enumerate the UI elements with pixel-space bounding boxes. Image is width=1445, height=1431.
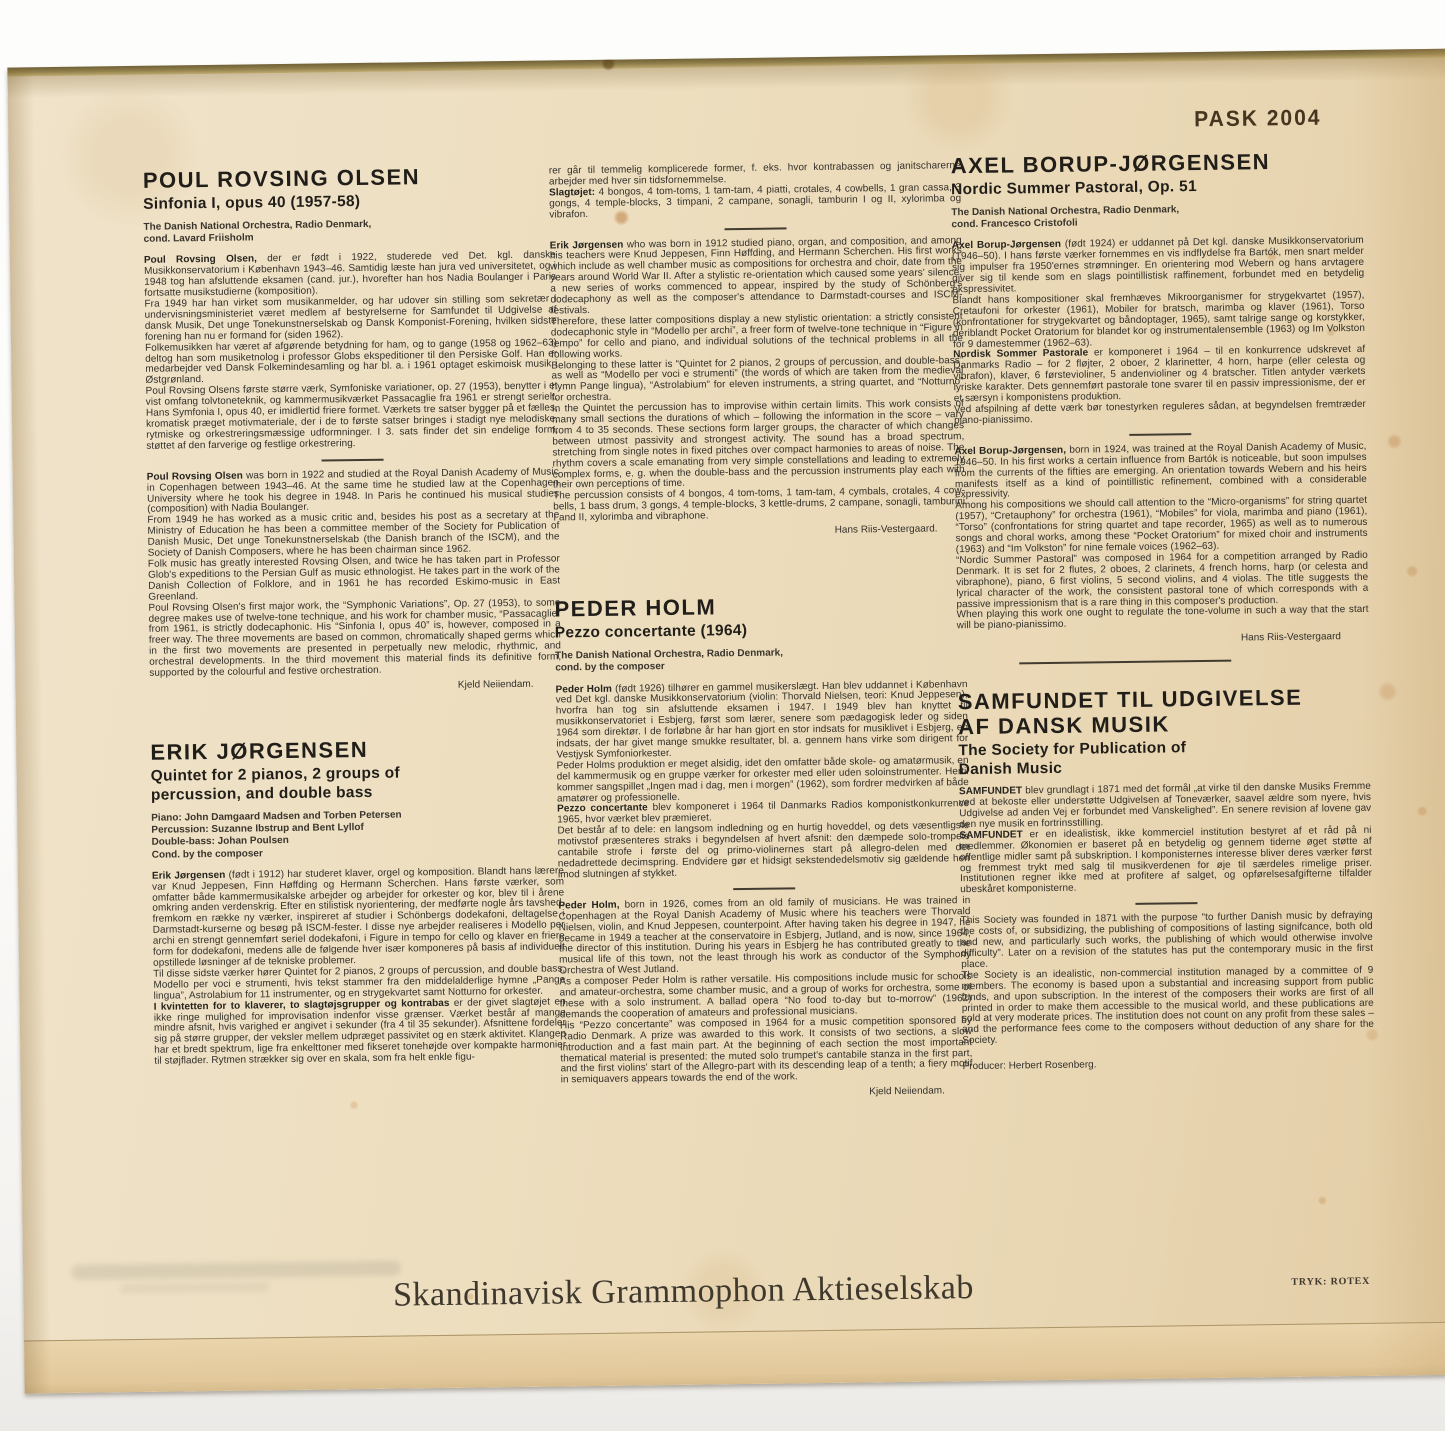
paragraph: Peder Holm (født 1926) tilhører en gamme… [556, 680, 969, 762]
divider-rule [1129, 433, 1191, 436]
paragraph-lead: Pezzo concertante [557, 803, 653, 815]
paragraph: SAMFUNDET blev grundlagt i 1871 med det … [959, 782, 1372, 831]
danish-notes: Peder Holm (født 1926) tilhører en gamme… [556, 680, 971, 882]
column-right: AXEL BORUP-JØRGENSEN Nordic Summer Pasto… [951, 148, 1375, 1073]
paragraph: Folk music has greatly interested Rovsin… [148, 554, 561, 603]
catalog-number-stamp: PASK 2004 [1194, 106, 1322, 133]
paragraph: The percussion consists of 4 bongos, 4 t… [553, 486, 965, 524]
paragraph: Ved afspilning af dette værk bør tonesty… [954, 400, 1366, 427]
english-notes: Poul Rovsing Olsen was born in 1922 and … [147, 467, 562, 680]
paragraph-lead: Nordisk Sommer Pastorale [953, 348, 1094, 361]
sleeve-bottom-flap [24, 1321, 1445, 1393]
work-subtitle: Quintet for 2 pianos, 2 groups of percus… [151, 761, 563, 804]
record-sleeve-back: PASK 2004 POUL ROVSING OLSEN Sinfonia I,… [7, 49, 1445, 1394]
performer-credits: The Danish National Orchestra, Radio Den… [951, 202, 1363, 232]
section-title: SAMFUNDET TIL UDGIVELSE AF DANSK MUSIK [958, 684, 1371, 739]
paragraph: Erik Jørgensen who was born in 1912 stud… [550, 236, 963, 318]
work-subtitle: Nordic Summer Pastoral, Op. 51 [951, 175, 1363, 199]
section-title: ERIK JØRGENSEN [150, 734, 562, 764]
paragraph: Axel Borup-Jørgensen, born in 1924, was … [954, 442, 1367, 502]
paragraph: Axel Borup-Jørgensen (født 1924) er udda… [952, 236, 1365, 296]
paragraph-lead: Peder Holm, [558, 899, 624, 911]
paragraph-lead: Poul Rovsing Olsen [147, 470, 247, 482]
section-axel-borup-jorgensen: AXEL BORUP-JØRGENSEN Nordic Summer Pasto… [951, 148, 1369, 649]
paragraph: From 1949 he has worked as a music criti… [147, 511, 560, 560]
paragraph-lead: Axel Borup-Jørgensen, [954, 445, 1069, 458]
producer-credit: Producer: Herbert Rosenberg. [962, 1056, 1374, 1073]
paragraph: “Nordic Summer Pastoral” was composed in… [956, 551, 1369, 611]
danish-notes: Axel Borup-Jørgensen (født 1924) er udda… [952, 236, 1366, 427]
author-signature: Kjeld Neiiendam. [561, 1086, 945, 1103]
section-title: POUL ROVSING OLSEN [143, 162, 555, 192]
paragraph-lead: Slagtøjet: [549, 187, 599, 199]
section-samfundet: SAMFUNDET TIL UDGIVELSE AF DANSK MUSIK T… [958, 684, 1375, 1073]
paragraph: Poul Rovsing Olsen, der er født i 1922, … [144, 251, 557, 300]
english-notes: Erik Jørgensen who was born in 1912 stud… [550, 236, 966, 525]
section-title: AXEL BORUP-JØRGENSEN [951, 148, 1363, 178]
english-notes: Axel Borup-Jørgensen, born in 1924, was … [954, 442, 1368, 633]
paragraph: SAMFUNDET er en idealistisk, ikke kommer… [959, 826, 1372, 897]
author-signature: Kjeld Neiiendam. [149, 679, 533, 696]
performer-credits: The Danish National Orchestra, Radio Den… [555, 645, 967, 675]
divider-rule [725, 227, 787, 230]
divider-rule [1135, 902, 1197, 905]
paragraph-lead: Axel Borup-Jørgensen [952, 239, 1065, 251]
paragraph: Fra 1949 har han virket som musikanmelde… [144, 294, 557, 343]
section-peder-holm: PEDER HOLM Pezzo concertante (1964) The … [554, 591, 973, 1102]
author-signature: Hans Riis-Vestergaard [957, 631, 1341, 648]
paragraph: As a composer Peder Holm is rather versa… [559, 972, 972, 1021]
sleeve-left-shading [7, 67, 50, 1393]
photo-background: { "sleeve": { "stamp": "PASK 2004", "foo… [0, 0, 1445, 1431]
paragraph: Peder Holm, born in 1926, comes from an … [558, 896, 971, 978]
paragraph: Therefore, these latter compositions dis… [551, 312, 964, 361]
divider-rule [733, 887, 795, 890]
paragraph: Blandt hans kompositioner skal fremhæves… [952, 291, 1365, 351]
author-signature: Hans Riis-Vestergaard. [553, 524, 937, 541]
section-divider-rule [1019, 660, 1231, 665]
danish-notes-continued: rer går til temmelig komplicerede former… [549, 161, 962, 221]
performer-credits: The Danish National Orchestra, Radio Den… [143, 216, 555, 246]
work-subtitle: Sinfonia I, opus 40 (1957-58) [143, 189, 555, 213]
column-left: POUL ROVSING OLSEN Sinfonia I, opus 40 (… [143, 162, 567, 1067]
paragraph-lead: Poul Rovsing Olsen, [144, 254, 267, 267]
paragraph: The Society is an idealistic, non-commer… [961, 966, 1374, 1048]
section-subtitle: The Society for Publication of Danish Mu… [958, 736, 1370, 779]
paragraph: Belonging to these latter is “Quintet fo… [551, 356, 964, 405]
paragraph: Erik Jørgensen (født i 1912) har studere… [152, 866, 565, 970]
section-erik-jorgensen-continued: rer går til temmelig komplicerede former… [549, 161, 966, 540]
paragraph-lead: Erik Jørgensen [550, 239, 627, 251]
divider-rule [322, 458, 384, 461]
paragraph: In the Quintet the percussion has to imp… [552, 399, 965, 492]
section-title: PEDER HOLM [554, 591, 966, 621]
paragraph: Nordisk Sommer Pastorale er komponeret i… [953, 345, 1366, 405]
english-notes: Peder Holm, born in 1926, comes from an … [558, 896, 972, 1087]
paragraph-lead: Peder Holm [555, 683, 615, 695]
column-middle: rer går til temmelig komplicerede former… [549, 161, 973, 1103]
printer-credit: TRYK: ROTEX [1291, 1276, 1370, 1288]
paragraph: Slagtøjet: 4 bongos, 4 tom-toms, 1 tam-t… [549, 183, 961, 221]
section-erik-jorgensen: ERIK JØRGENSEN Quintet for 2 pianos, 2 g… [150, 734, 566, 1067]
danish-notes: Erik Jørgensen (født i 1912) har studere… [152, 866, 567, 1068]
performer-credits: Piano: John Damgaard Madsen and Torben P… [151, 807, 564, 861]
paragraph: Peder Holms produktion er meget alsidig,… [557, 756, 970, 805]
paragraph: When playing this work one ought to regu… [957, 605, 1369, 632]
paragraph-lead: Erik Jørgensen [152, 870, 229, 882]
ink-showthrough-smudge [119, 1282, 269, 1293]
ink-showthrough-smudge [71, 1261, 401, 1280]
paragraph: His “Pezzo concertante” was composed in … [560, 1016, 973, 1087]
paragraph: I kvintetten for to klaverer, to slagtøj… [154, 997, 567, 1068]
paragraph: Poul Rovsing Olsens første større værk, … [146, 382, 559, 453]
danish-notes: SAMFUNDET blev grundlagt i 1871 med det … [959, 782, 1372, 896]
paragraph: Among his compositions we should call at… [955, 496, 1368, 556]
paragraph: Det består af to dele: en langsom indled… [557, 821, 970, 881]
work-subtitle: Pezzo concertante (1964) [555, 618, 967, 642]
paragraph: Poul Rovsing Olsen's first major work, t… [148, 598, 561, 680]
danish-notes: Poul Rovsing Olsen, der er født i 1922, … [144, 251, 559, 453]
section-poul-rovsing-olsen: POUL ROVSING OLSEN Sinfonia I, opus 40 (… [143, 162, 562, 695]
paragraph: This Society was founded in 1871 with th… [961, 911, 1374, 971]
paragraph: Folkemusikken har været af afgørende bet… [145, 338, 558, 387]
record-label-name: Skandinavisk Grammophon Aktieselskab [383, 1269, 983, 1315]
paragraph: Poul Rovsing Olsen was born in 1922 and … [147, 467, 560, 516]
paragraph-lead: SAMFUNDET [959, 786, 1025, 798]
paragraph-lead: SAMFUNDET [959, 829, 1029, 841]
english-notes: This Society was founded in 1871 with th… [961, 911, 1375, 1047]
